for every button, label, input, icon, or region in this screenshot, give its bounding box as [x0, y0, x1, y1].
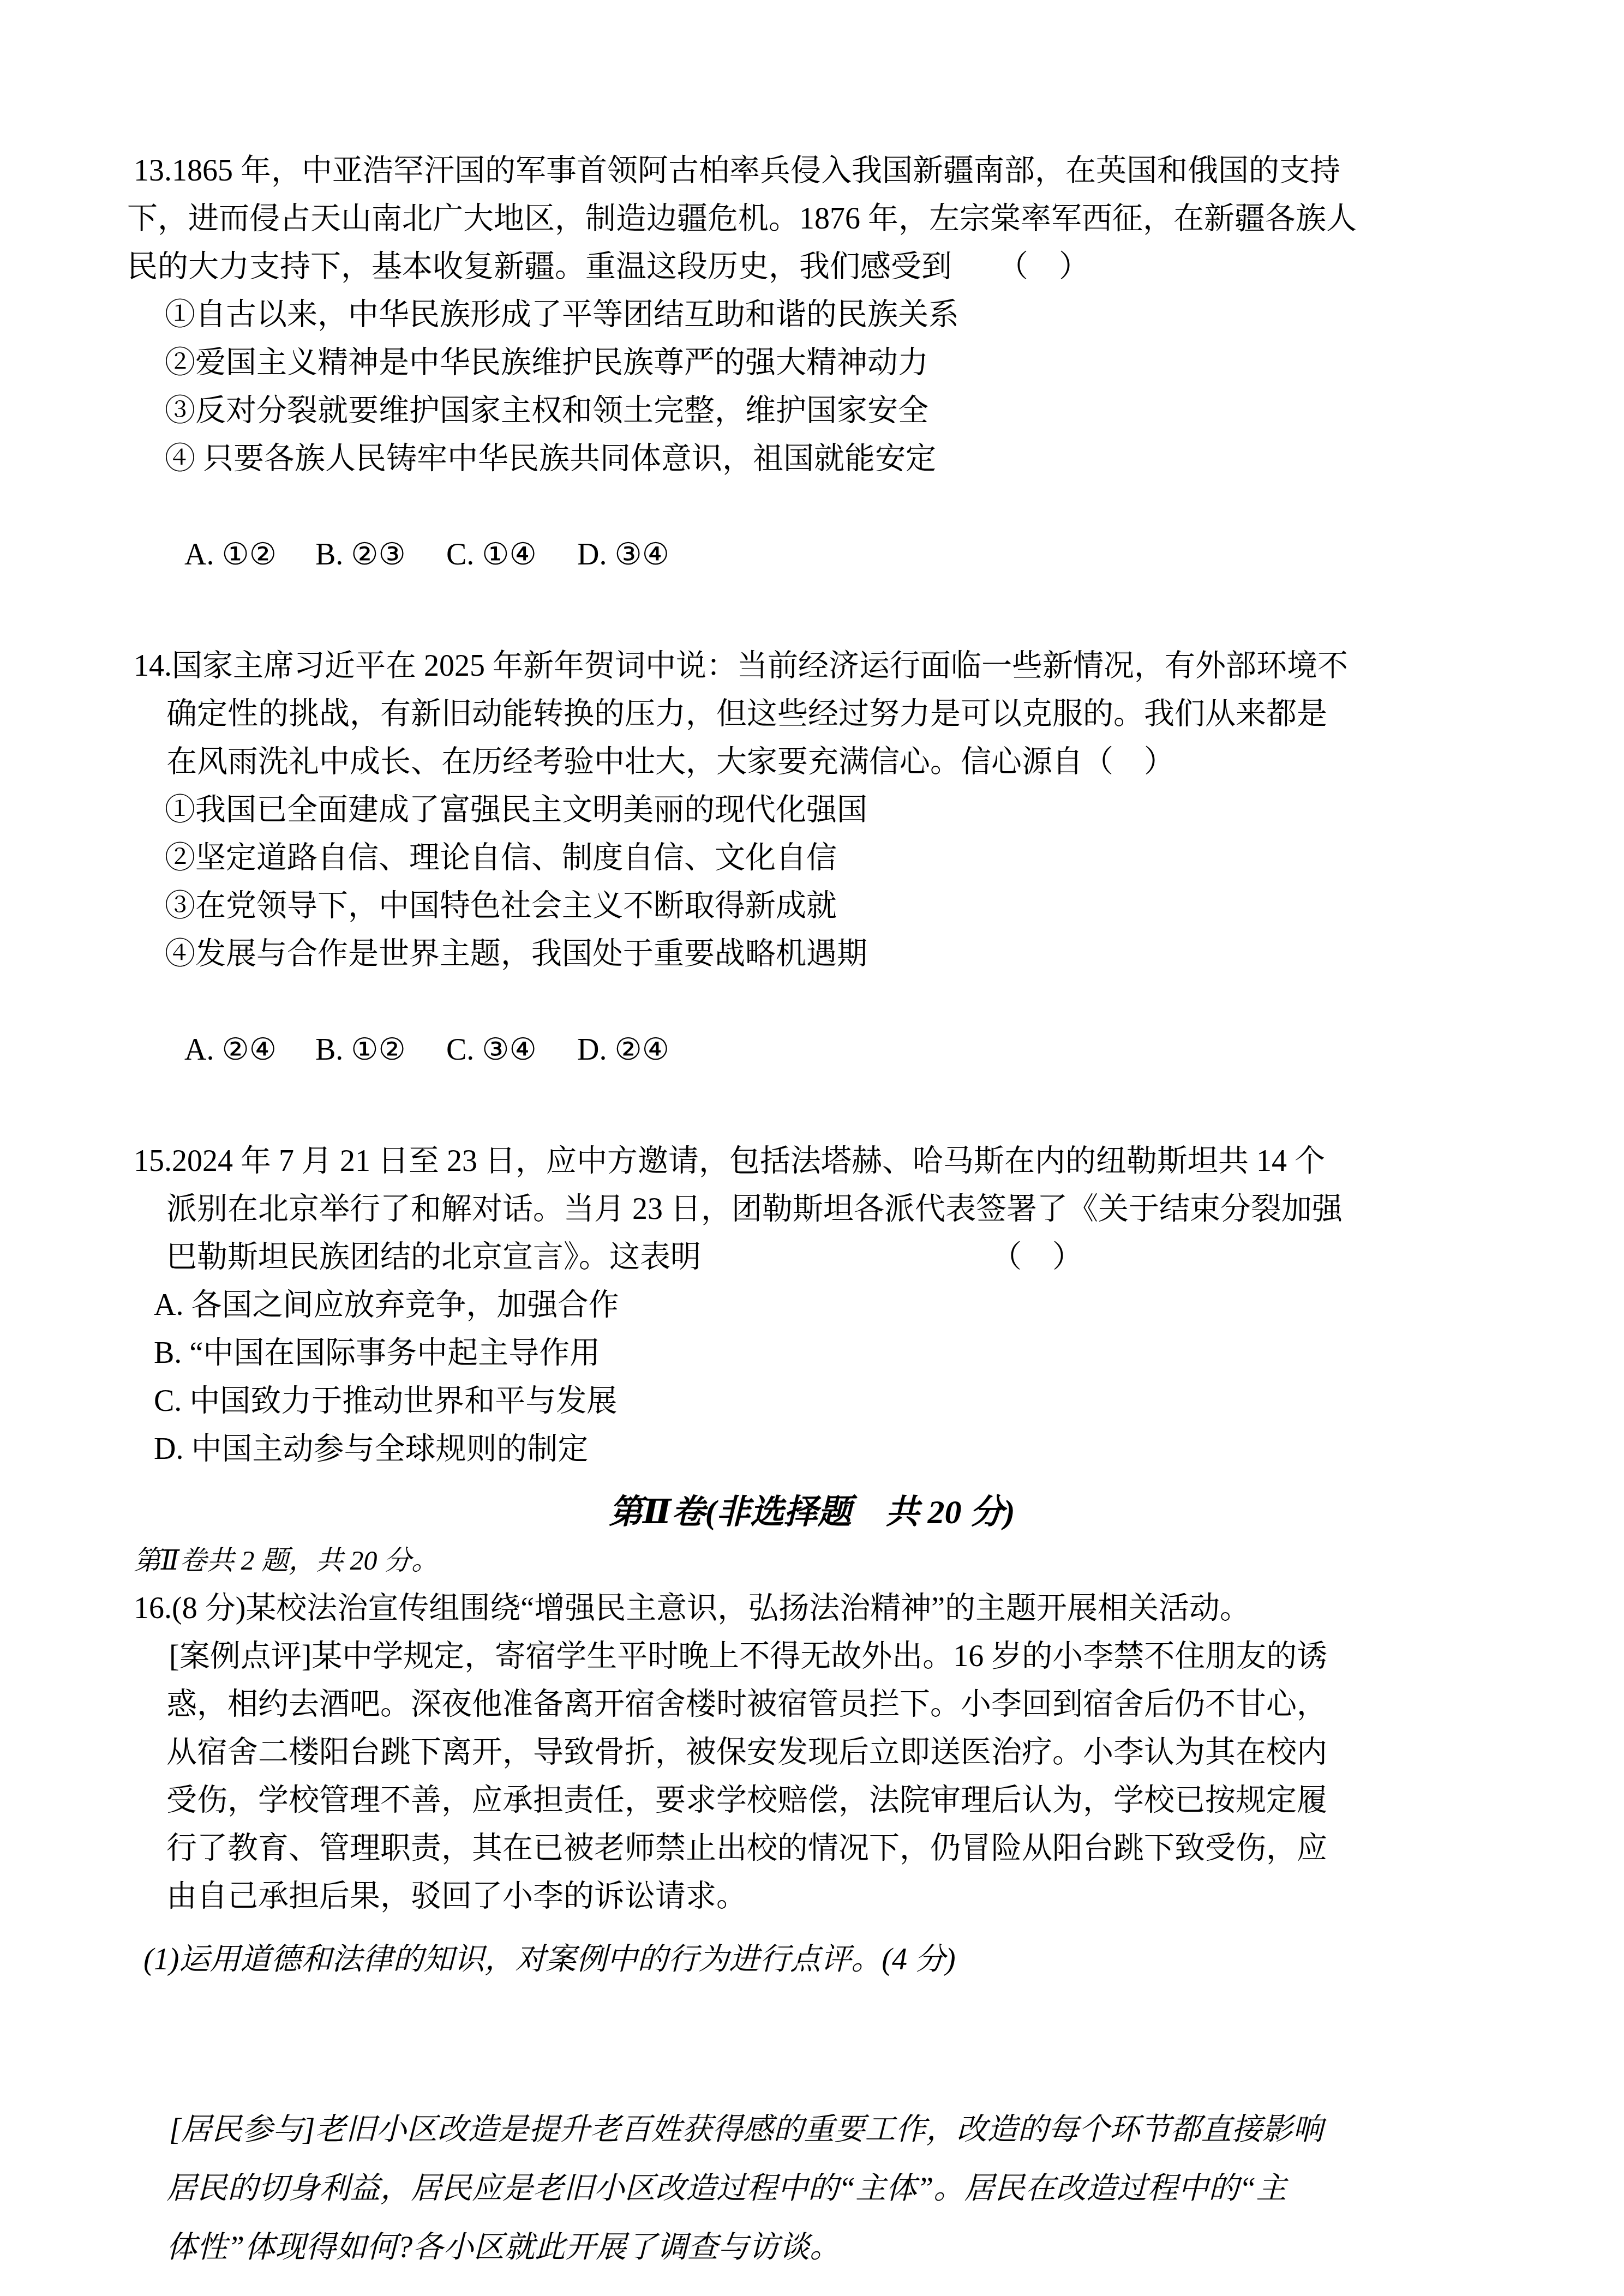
q14-item-2: ②坚定道路自信、理论自信、制度自信、文化自信 [0, 834, 1624, 882]
q15-option-b: B. “中国在国际事务中起主导作用 [0, 1329, 1624, 1377]
q16-subquestion-1: (1)运用道德和法律的知识，对案例中的行为进行点评。(4 分) [0, 1936, 1624, 1984]
q16-case-para-line-2: 惑，相约去酒吧。深夜他准备离开宿舍楼时被宿管员拦下。小李回到宿舍后仍不甘心， [0, 1680, 1624, 1728]
q14-option-b: B. ①② [315, 1026, 446, 1074]
q13-option-a: A. ①② [184, 531, 315, 579]
q14-option-d: D. ②④ [577, 1026, 669, 1074]
q14-item-3: ③在党领导下，中国特色社会主义不断取得新成就 [0, 882, 1624, 930]
q16-case-para-line-3: 从宿舍二楼阳台跳下离开，导致骨折，被保安发现后立即送医治疗。小李认为其在校内 [0, 1728, 1624, 1776]
q15-stem-line-3: 巴勒斯坦民族团结的北京宣言》。这表明 （ ） [0, 1233, 1624, 1281]
q16-resident-para-line-1: [居民参与]老旧小区改造是提升老百姓获得感的重要工作，改造的每个环节都直接影响 [0, 2100, 1624, 2159]
q13-option-c: C. ①④ [446, 531, 577, 579]
q16-case-para-line-1: [案例点评]某中学规定，寄宿学生平时晚上不得无故外出。16 岁的小李禁不住朋友的… [0, 1632, 1624, 1680]
q13-stem-line-3: 民的大力支持下，基本收复新疆。重温这段历史，我们感受到 （ ） [0, 243, 1624, 291]
q13-option-d: D. ③④ [577, 531, 669, 579]
q15-stem-line-2: 派别在北京举行了和解对话。当月 23 日，团勒斯坦各派代表签署了《关于结束分裂加… [0, 1185, 1624, 1233]
q13-item-3: ③反对分裂就要维护国家主权和领土完整，维护国家安全 [0, 387, 1624, 435]
q16-resident-para-line-3: 体性”体现得如何?各小区就此开展了调查与访谈。 [0, 2218, 1624, 2277]
q16-case-para-line-5: 行了教育、管理职责，其在已被老师禁止出校的情况下，仍冒险从阳台跳下致受伤，应 [0, 1824, 1624, 1872]
q16-resident-para-line-2: 居民的切身利益，居民应是老旧小区改造过程中的“主体”。居民在改造过程中的“主 [0, 2159, 1624, 2218]
q13-options-row: A. ①②B. ②③C. ①④D. ③④ [0, 483, 1624, 627]
q14-item-4: ④发展与合作是世界主题，我国处于重要战略机遇期 [0, 930, 1624, 978]
q14-stem-line-2: 确定性的挑战，有新旧动能转换的压力，但这些经过努力是可以克服的。我们从来都是 [0, 690, 1624, 738]
q15-stem-line-1: 15.2024 年 7 月 21 日至 23 日，应中方邀请，包括法塔赫、哈马斯… [0, 1137, 1624, 1185]
q13-stem-line-2: 下，进而侵占天山南北广大地区，制造边疆危机。1876 年，左宗棠率军西征，在新疆… [0, 195, 1624, 243]
q13-item-4: ④ 只要各族人民铸牢中华民族共同体意识，祖国就能安定 [0, 435, 1624, 483]
section2-heading: 第Ⅱ卷(非选择题 共 20 分) [0, 1488, 1624, 1536]
q13-option-b: B. ②③ [315, 531, 446, 579]
q15-option-d: D. 中国主动参与全球规则的制定 [0, 1425, 1624, 1473]
q14-stem-line-1: 14.国家主席习近平在 2025 年新年贺词中说：当前经济运行面临一些新情况，有… [0, 642, 1624, 690]
q15-option-c: C. 中国致力于推动世界和平与发展 [0, 1377, 1624, 1425]
q15-option-a: A. 各国之间应放弃竞争，加强合作 [0, 1281, 1624, 1329]
section2-note: 第Ⅱ卷共 2 题，共 20 分。 [0, 1536, 1624, 1584]
q16-stem: 16.(8 分)某校法治宣传组围绕“增强民主意识，弘扬法治精神”的主题开展相关活… [0, 1584, 1624, 1632]
q16-case-para-line-4: 受伤，学校管理不善，应承担责任，要求学校赔偿，法院审理后认为，学校已按规定履 [0, 1776, 1624, 1824]
q13-stem-line-1: 13.1865 年，中亚浩罕汗国的军事首领阿古柏率兵侵入我国新疆南部，在英国和俄… [0, 147, 1624, 195]
q14-option-c: C. ③④ [446, 1026, 577, 1074]
q13-item-1: ①自古以来，中华民族形成了平等团结互助和谐的民族关系 [0, 291, 1624, 339]
q14-options-row: A. ②④B. ①②C. ③④D. ②④ [0, 978, 1624, 1122]
q14-option-a: A. ②④ [184, 1026, 315, 1074]
exam-paper-page: 13.1865 年，中亚浩罕汗国的军事首领阿古柏率兵侵入我国新疆南部，在英国和俄… [0, 0, 1624, 2296]
q14-item-1: ①我国已全面建成了富强民主文明美丽的现代化强国 [0, 786, 1624, 834]
q13-item-2: ②爱国主义精神是中华民族维护民族尊严的强大精神动力 [0, 339, 1624, 387]
q14-stem-line-3: 在风雨洗礼中成长、在历经考验中壮大，大家要充满信心。信心源自（ ） [0, 738, 1624, 786]
q16-case-para-line-6: 由自己承担后果，驳回了小李的诉讼请求。 [0, 1872, 1624, 1920]
